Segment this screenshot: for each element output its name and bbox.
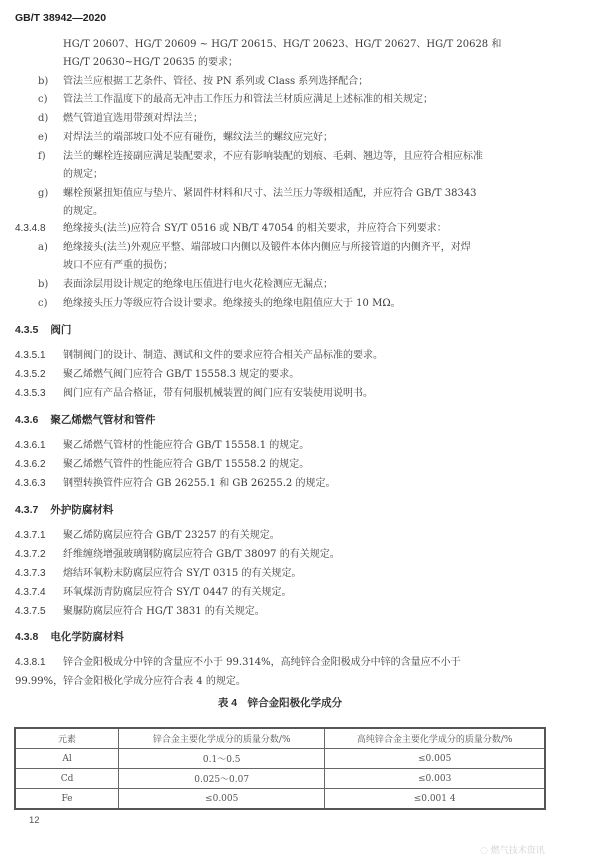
table-cell: Fe — [15, 789, 119, 810]
table-header-cell: 锌合金主要化学成分的质量分数/% — [119, 728, 325, 749]
table-cell: ≤0.005 — [119, 789, 325, 810]
zinc-anode-composition-table: 元素 锌合金主要化学成分的质量分数/% 高纯锌合金主要化学成分的质量分数/% A… — [14, 727, 546, 810]
section-number: 4.3.8 — [15, 631, 38, 643]
document-page: GB/T 38942—2020 HG/T 20607、HG/T 20609 ~ … — [0, 0, 605, 857]
continuation-line: HG/T 20607、HG/T 20609 ~ HG/T 20615、HG/T … — [63, 38, 501, 52]
list-label: a) — [38, 241, 48, 255]
clause-text: 钢制阀门的设计、制造、测试和文件的要求应符合相关产品标准的要求。 — [63, 349, 383, 363]
section-number: 4.3.7 — [15, 504, 38, 516]
table-header-row: 元素 锌合金主要化学成分的质量分数/% 高纯锌合金主要化学成分的质量分数/% — [15, 728, 545, 749]
table-cell: 0.1～0.5 — [119, 749, 325, 769]
list-item-text: 绝缘接头(法兰)外观应平整、端部坡口内侧以及锻件本体内侧应与所接管道的内侧齐平，… — [63, 241, 471, 255]
table-cell: 0.025～0.07 — [119, 769, 325, 789]
list-item-text: 坡口不应有严重的损伤； — [63, 259, 173, 273]
list-label: b) — [38, 75, 48, 89]
list-item-text: 表面涂层用设计规定的绝缘电压值进行电火花检测应无漏点； — [63, 278, 333, 292]
clause-number: 4.3.5.2 — [15, 368, 46, 382]
clause-text: 纤维缠绕增强玻璃钢防腐层应符合 GB/T 38097 的有关规定。 — [63, 548, 340, 562]
clause-number: 4.3.7.1 — [15, 529, 46, 543]
list-item-text: 法兰的螺栓连接副应满足装配要求，不应有影响装配的划痕、毛刺、翘边等，且应符合相应… — [63, 150, 483, 164]
list-label: d) — [38, 112, 48, 126]
page-number: 12 — [29, 815, 40, 826]
table-cell: Cd — [15, 769, 119, 789]
clause-text: 聚乙烯燃气管件的性能应符合 GB/T 15558.2 的规定。 — [63, 458, 309, 472]
list-label: b) — [38, 278, 48, 292]
list-item-text: 对焊法兰的端部坡口处不应有碰伤，螺纹法兰的螺纹应完好； — [63, 131, 333, 145]
list-item-text: 管法兰工作温度下的最高无冲击工作压力和管法兰材质应满足上述标准的相关规定； — [63, 93, 433, 107]
section-title: 电化学防腐材料 — [50, 631, 124, 643]
clause-text: 聚乙烯燃气阀门应符合 GB/T 15558.3 规定的要求。 — [63, 368, 299, 382]
list-label: g) — [38, 187, 48, 201]
table-cell: ≤0.003 — [325, 769, 545, 789]
clause-number: 4.3.6.2 — [15, 458, 46, 472]
list-label: f) — [38, 150, 46, 164]
table-cell: Al — [15, 749, 119, 769]
clause-text: 锌合金阳极成分中锌的含量应不小于 99.314%，高纯锌合金阳极成分中锌的含量应… — [63, 656, 461, 670]
list-label: e) — [38, 131, 48, 145]
section-title: 阀门 — [50, 324, 71, 336]
clause-number: 4.3.5.1 — [15, 349, 46, 363]
table-cell: ≤0.001 4 — [325, 789, 545, 810]
section-heading-anticorrosion: 4.3.7外护防腐材料 — [15, 503, 113, 517]
clause-number: 4.3.7.5 — [15, 605, 46, 619]
clause-number: 4.3.7.3 — [15, 567, 46, 581]
table-cell: ≤0.005 — [325, 749, 545, 769]
list-item-text: 燃气管道宜选用带颈对焊法兰； — [63, 112, 203, 126]
section-title: 外护防腐材料 — [50, 504, 113, 516]
clause-text: 聚乙烯防腐层应符合 GB/T 23257 的有关规定。 — [63, 529, 280, 543]
clause-number: 4.3.7.2 — [15, 548, 46, 562]
section-heading-electrochemical: 4.3.8电化学防腐材料 — [15, 630, 124, 644]
section-heading-valves: 4.3.5阀门 — [15, 323, 71, 337]
list-item-text: 管法兰应根据工艺条件、管径、按 PN 系列或 Class 系列选择配合； — [63, 75, 368, 89]
clause-text: 环氧煤沥青防腐层应符合 SY/T 0447 的有关规定。 — [63, 586, 291, 600]
list-item-text: 螺栓预紧扭矩值应与垫片、紧固件材料和尺寸、法兰压力等级相适配，并应符合 GB/T… — [63, 187, 477, 201]
clause-text: 聚脲防腐层应符合 HG/T 3831 的有关规定。 — [63, 605, 265, 619]
wechat-icon: ◌ — [480, 846, 491, 856]
clause-number: 4.3.4.8 — [15, 222, 46, 236]
standard-code-header: GB/T 38942—2020 — [15, 12, 106, 24]
table-header-cell: 高纯锌合金主要化学成分的质量分数/% — [325, 728, 545, 749]
table-title: 表 4 锌合金阳极化学成分 — [0, 695, 560, 710]
clause-number: 4.3.7.4 — [15, 586, 46, 600]
list-label: c) — [38, 93, 48, 107]
clause-number: 4.3.5.3 — [15, 387, 46, 401]
list-label: c) — [38, 297, 48, 311]
section-title: 聚乙烯燃气管材和管件 — [50, 414, 155, 426]
watermark-text: 燃气技术资讯 — [491, 846, 545, 856]
section-number: 4.3.6 — [15, 414, 38, 426]
clause-text: 绝缘接头(法兰)应符合 SY/T 0516 或 NB/T 47054 的相关要求… — [63, 222, 447, 236]
clause-number: 4.3.8.1 — [15, 656, 46, 670]
clause-text: 99.99%，锌合金阳极化学成分应符合表 4 的规定。 — [15, 675, 246, 689]
clause-number: 4.3.6.1 — [15, 439, 46, 453]
clause-text: 阀门应有产品合格证，带有伺服机械装置的阀门应有安装使用说明书。 — [63, 387, 373, 401]
section-heading-pe-pipes: 4.3.6聚乙烯燃气管材和管件 — [15, 413, 155, 427]
table-header-cell: 元素 — [15, 728, 119, 749]
clause-text: 聚乙烯燃气管材的性能应符合 GB/T 15558.1 的规定。 — [63, 439, 309, 453]
table-row: Al 0.1～0.5 ≤0.005 — [15, 749, 545, 769]
list-item-text: 的规定； — [63, 168, 103, 182]
list-item-text: 的规定。 — [63, 205, 103, 219]
table-row: Cd 0.025～0.07 ≤0.003 — [15, 769, 545, 789]
table-row: Fe ≤0.005 ≤0.001 4 — [15, 789, 545, 810]
clause-text: 熔结环氧粉末防腐层应符合 SY/T 0315 的有关规定。 — [63, 567, 301, 581]
list-item-text: 绝缘接头压力等级应符合设计要求。绝缘接头的绝缘电阻值应大于 10 MΩ。 — [63, 297, 401, 311]
clause-text: 钢塑转换管件应符合 GB 26255.1 和 GB 26255.2 的规定。 — [63, 477, 335, 491]
continuation-line: HG/T 20630~HG/T 20635 的要求； — [63, 56, 238, 70]
clause-number: 4.3.6.3 — [15, 477, 46, 491]
watermark: ◌ 燃气技术资讯 — [480, 843, 545, 856]
section-number: 4.3.5 — [15, 324, 38, 336]
